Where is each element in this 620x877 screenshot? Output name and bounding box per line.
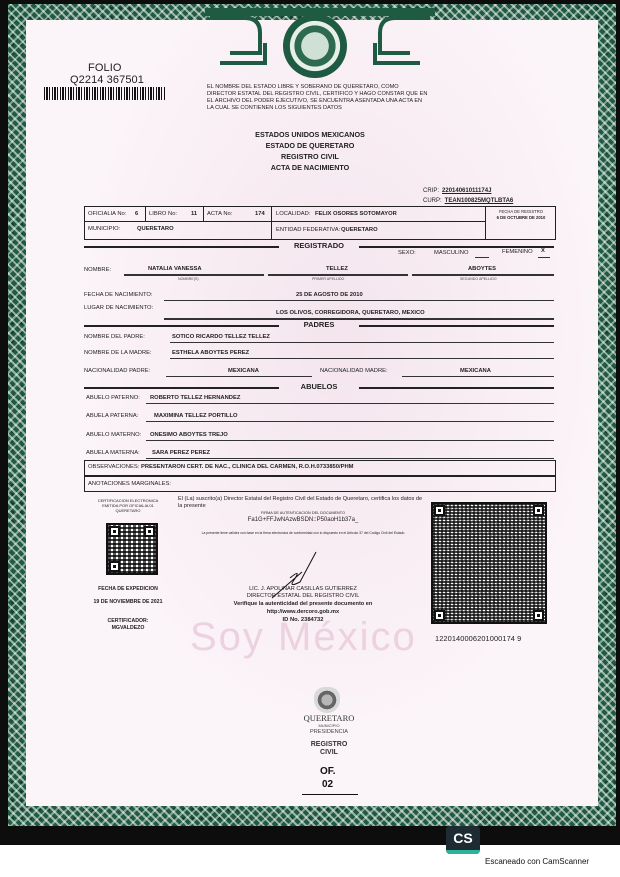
observaciones-label: OBSERVACIONES:	[88, 464, 139, 470]
lugar-nacimiento-value: LOS OLIVOS, CORREGIDORA, QUERETARO, MEXI…	[276, 310, 425, 316]
sexo-label: SEXO:	[398, 250, 416, 256]
director-title: DIRECTOR ESTATAL DEL REGISTRO CIVIL	[178, 593, 428, 599]
certification-statement: El (La) suscrito(a) Director Estatal del…	[178, 496, 424, 510]
stamp-line1: MUNICIPIO	[294, 723, 364, 728]
camscanner-logo-icon: CS	[446, 826, 480, 854]
section-padres: PADRES	[84, 321, 554, 331]
anotaciones-box: ANOTACIONES MARGINALES:	[84, 476, 556, 492]
document-type-title: ACTA DE NACIMIENTO	[210, 162, 410, 173]
libro-label: LIBRO No:	[149, 211, 177, 217]
curp-row: CURP:TEAN100825MQTLBTA6	[423, 198, 513, 204]
abuela-paterna-label: ABUELA PATERNA:	[86, 413, 138, 419]
fecha-nacimiento-value: 25 DE AGOSTO DE 2010	[296, 292, 363, 298]
abuela-paterna-value: MAXIMINA TELLEZ PORTILLO	[154, 413, 238, 419]
femenino-mark: X	[541, 248, 545, 254]
fecha-expedicion-label: FECHA DE EXPEDICION	[92, 586, 164, 593]
madre-value: ESTHELA ABOYTES PEREZ	[172, 350, 249, 356]
large-qr-code[interactable]	[431, 502, 547, 624]
anotaciones-label: ANOTACIONES MARGINALES:	[88, 481, 171, 487]
abuelo-materno-value: ONESIMO ABOYTES TREJO	[150, 432, 228, 438]
nacionalidad-madre-value: MEXICANA	[460, 368, 491, 374]
oficialia-value: 6	[135, 211, 138, 217]
stamp-office1: REGISTRO	[294, 741, 364, 748]
section-registrado: REGISTRADO	[84, 242, 554, 252]
verify-text: Verifique la autenticidad del presente d…	[178, 601, 428, 607]
acta-value: 174	[255, 211, 265, 217]
nacionalidad-padre-label: NACIONALIDAD PADRE:	[84, 368, 150, 374]
acta-label: ACTA No:	[207, 211, 232, 217]
fecha-registro-label: FECHA DE REGISTRO	[489, 209, 553, 215]
nombres-value: NATALIA VANESSA	[148, 266, 202, 272]
crip-value: 22014061011174J	[442, 188, 491, 194]
primer-apellido-value: TELLEZ	[326, 266, 348, 272]
section-registrado-title: REGISTRADO	[84, 241, 554, 250]
intro-text: EL NOMBRE DEL ESTADO LIBRE Y SOBERANO DE…	[207, 84, 429, 112]
firma-label: FIRMA DE AUTENTICACION DEL DOCUMENTO	[178, 511, 428, 515]
stamp-of-number: 02	[322, 779, 333, 790]
document-title-block: ESTADOS UNIDOS MEXICANOS ESTADO DE QUERE…	[210, 129, 410, 173]
section-abuelos: ABUELOS	[84, 383, 554, 393]
section-padres-title: PADRES	[84, 320, 554, 329]
primer-apellido-sub: PRIMER APELLIDO	[312, 277, 344, 281]
libro-value: 11	[191, 211, 197, 217]
fecha-registro-value: 6 DE OCTUBRE DE 2010	[489, 215, 553, 221]
fecha-nacimiento-label: FECHA DE NACIMIENTO:	[84, 292, 153, 298]
abuelo-paterno-value: ROBERTO TELLEZ HERNANDEZ	[150, 395, 240, 401]
nacionalidad-madre-label: NACIONALIDAD MADRE:	[320, 368, 388, 374]
nombres-sub: NOMBRE(S)	[178, 277, 199, 281]
electronic-certification-label: CERTIFICACION ELECTRONICA EMITIDA POR OF…	[92, 498, 164, 513]
abuelo-paterno-label: ABUELO PATERNO:	[86, 395, 140, 401]
stamp-of-label: OF.	[320, 766, 336, 777]
observaciones-box: OBSERVACIONES: PRESENTARON CERT. DE NAC.…	[84, 460, 556, 476]
abuela-materna-label: ABUELA MATERNA:	[86, 450, 140, 456]
folio-barcode	[44, 87, 166, 100]
folio-number: Q2214 367501	[70, 74, 144, 86]
queretaro-emblem-icon	[314, 687, 340, 713]
abuela-materna-value: SARA PEREZ PEREZ	[152, 450, 210, 456]
entidad-label: ENTIDAD FEDERATIVA:	[276, 227, 340, 233]
folio-label: FOLIO	[88, 62, 122, 74]
stamp-city: QUERETARO	[294, 713, 364, 723]
id-number: ID No. 2384732	[178, 617, 428, 623]
legal-note: La presente tiene validez con base en la…	[178, 531, 428, 535]
madre-label: NOMBRE DE LA MADRE:	[84, 350, 152, 356]
crip-row: CRIP:22014061011174J	[423, 188, 491, 194]
padre-label: NOMBRE DEL PADRE:	[84, 334, 145, 340]
office-title: REGISTRO CIVIL	[210, 151, 410, 162]
crip-label: CRIP:	[423, 188, 439, 194]
certificador-label: CERTIFICADOR:	[92, 618, 164, 625]
section-abuelos-title: ABUELOS	[84, 382, 554, 391]
camscanner-text: Escaneado con CamScanner	[482, 857, 592, 866]
certificador-value: MGVALDEZO	[92, 625, 164, 632]
municipio-label: MUNICIPIO:	[88, 226, 120, 232]
stamp-office2: CIVIL	[294, 749, 364, 756]
national-seal-icon	[283, 14, 347, 78]
entidad-value: QUERETARO	[341, 227, 378, 233]
municipio-value: QUERETARO	[137, 226, 174, 232]
state-title: ESTADO DE QUERETARO	[210, 140, 410, 151]
segundo-apellido-sub: SEGUNDO APELLIDO	[460, 277, 497, 281]
abuelo-materno-label: ABUELO MATERNO:	[86, 432, 141, 438]
qr-number: 1220140006201000174 9	[435, 634, 521, 643]
nombre-label: NOMBRE:	[84, 267, 111, 273]
verify-url[interactable]: http://www.dercoro.gob.mx	[178, 609, 428, 615]
country-title: ESTADOS UNIDOS MEXICANOS	[210, 129, 410, 140]
stamp-line2: PRESIDENCIA	[294, 729, 364, 735]
registry-info-box: OFICIALIA No: 6 LIBRO No: 11 ACTA No: 17…	[84, 206, 556, 240]
observaciones-value: PRESENTARON CERT. DE NAC., CLINICA DEL C…	[141, 464, 353, 470]
localidad-label: LOCALIDAD:	[276, 211, 310, 217]
padre-value: SOTICO RICARDO TELLEZ TELLEZ	[172, 334, 270, 340]
curp-value: TEAN100825MQTLBTA6	[445, 198, 514, 204]
curp-label: CURP:	[423, 198, 442, 204]
femenino-label: FEMENINO	[502, 249, 533, 255]
masculino-label: MASCULINO	[434, 250, 468, 256]
segundo-apellido-value: ABOYTES	[468, 266, 496, 272]
lugar-nacimiento-label: LUGAR DE NACIMIENTO:	[84, 305, 153, 311]
firma-value: Fa1G+FFJwNAzwBSDN::P50aoH1b37a_	[178, 517, 428, 523]
nacionalidad-padre-value: MEXICANA	[228, 368, 259, 374]
small-qr-code[interactable]	[106, 523, 158, 575]
fecha-expedicion-value: 19 DE NOVIEMBRE DE 2021	[92, 599, 164, 606]
localidad-value: FELIX OSORES SOTOMAYOR	[315, 211, 397, 217]
oficialia-label: OFICIALIA No:	[88, 211, 126, 217]
director-name: LIC. J. APOLINAR CASILLAS GUTIERREZ	[178, 586, 428, 592]
